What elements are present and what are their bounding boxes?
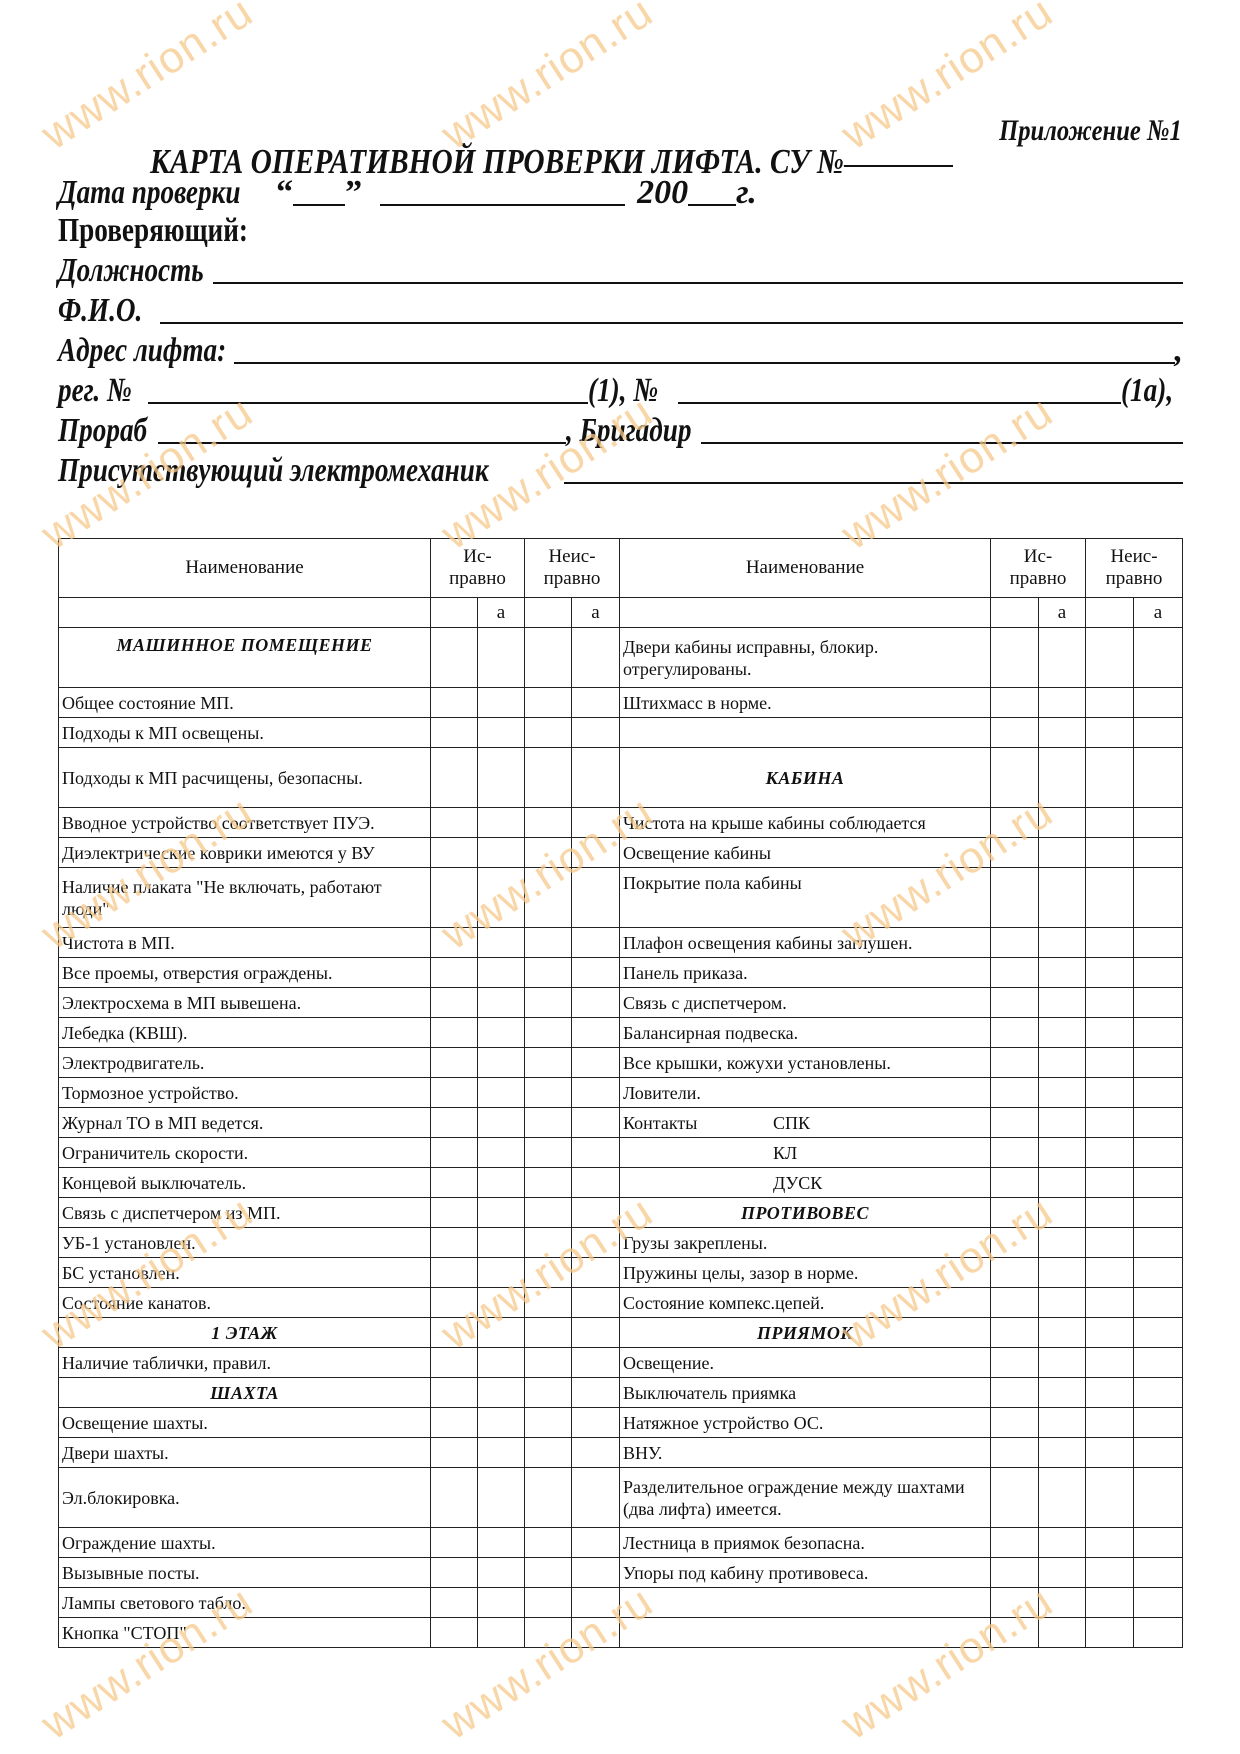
left-ok-check[interactable]: [431, 1588, 478, 1618]
right-ok-a-check[interactable]: [1039, 808, 1086, 838]
right-faulty-check[interactable]: [1086, 1348, 1134, 1378]
right-faulty-a-check[interactable]: [1134, 1168, 1183, 1198]
left-faulty-check[interactable]: [525, 1528, 572, 1558]
right-faulty-a-check[interactable]: [1134, 1408, 1183, 1438]
left-ok-check[interactable]: [431, 1228, 478, 1258]
right-faulty-check[interactable]: [1086, 1528, 1134, 1558]
right-faulty-check[interactable]: [1086, 1438, 1134, 1468]
right-ok-a-check[interactable]: [1039, 1378, 1086, 1408]
left-ok-check[interactable]: [431, 1318, 478, 1348]
left-faulty-check[interactable]: [525, 718, 572, 748]
left-faulty-check[interactable]: [525, 1078, 572, 1108]
right-faulty-check[interactable]: [1086, 1048, 1134, 1078]
left-item-name: Тормозное устройство.: [59, 1078, 431, 1108]
right-faulty-check[interactable]: [1086, 1078, 1134, 1108]
left-ok-a-check[interactable]: [478, 1618, 525, 1648]
table-header-row: Наименование Ис- правно Неис- правно Наи…: [59, 539, 1183, 598]
right-faulty-a-check[interactable]: [1134, 1528, 1183, 1558]
right-ok-check[interactable]: [991, 1288, 1039, 1318]
right-ok-check[interactable]: [991, 1048, 1039, 1078]
left-faulty-a-check[interactable]: [572, 1198, 620, 1228]
left-item-name: Вызывные посты.: [59, 1558, 431, 1588]
left-faulty-a-check[interactable]: [572, 868, 620, 928]
right-faulty-a-check[interactable]: [1134, 1108, 1183, 1138]
left-faulty-check[interactable]: [525, 958, 572, 988]
table-row: УБ-1 установлен.Грузы закреплены.: [59, 1228, 1183, 1258]
right-faulty-check[interactable]: [1086, 1468, 1134, 1528]
right-ok-check[interactable]: [991, 1258, 1039, 1288]
subheader-blank: [620, 598, 991, 628]
right-ok-check[interactable]: [991, 1168, 1039, 1198]
right-ok-a-check[interactable]: [1039, 868, 1086, 928]
right-faulty-check[interactable]: [1086, 1378, 1134, 1408]
right-ok-check[interactable]: [991, 1138, 1039, 1168]
left-ok-a-check[interactable]: [478, 1408, 525, 1438]
right-ok-a-check[interactable]: [1039, 1618, 1086, 1648]
left-ok-check[interactable]: [431, 1618, 478, 1648]
table-row: Подходы к МП расчищены, безопасны.КАБИНА: [59, 748, 1183, 808]
subheader-blank: [991, 598, 1039, 628]
right-faulty-a-check[interactable]: [1134, 1468, 1183, 1528]
right-faulty-a-check[interactable]: [1134, 1018, 1183, 1048]
right-ok-check[interactable]: [991, 868, 1039, 928]
left-ok-check[interactable]: [431, 1258, 478, 1288]
left-faulty-check[interactable]: [525, 1408, 572, 1438]
left-faulty-a-check[interactable]: [572, 1438, 620, 1468]
right-faulty-check[interactable]: [1086, 1408, 1134, 1438]
left-item-name: Подходы к МП освещены.: [59, 718, 431, 748]
right-ok-check[interactable]: [991, 1318, 1039, 1348]
left-faulty-check[interactable]: [525, 1228, 572, 1258]
watermark: www.rion.ru: [33, 0, 262, 160]
left-faulty-check[interactable]: [525, 748, 572, 808]
left-ok-check[interactable]: [431, 958, 478, 988]
address-line: Адрес лифта: ,: [58, 328, 1183, 370]
right-faulty-a-check[interactable]: [1134, 1588, 1183, 1618]
left-faulty-check[interactable]: [525, 1558, 572, 1588]
right-ok-check[interactable]: [991, 928, 1039, 958]
left-ok-a-check[interactable]: [478, 1528, 525, 1558]
left-faulty-a-check[interactable]: [572, 748, 620, 808]
left-faulty-a-check[interactable]: [572, 1108, 620, 1138]
right-ok-check[interactable]: [991, 1348, 1039, 1378]
right-faulty-a-check[interactable]: [1134, 1618, 1183, 1648]
table-row: БС установлен.Пружины целы, зазор в норм…: [59, 1258, 1183, 1288]
right-item-name: КонтактыСПК: [620, 1108, 991, 1138]
right-item-name: Натяжное устройство ОС.: [620, 1408, 991, 1438]
left-ok-a-check[interactable]: [478, 1198, 525, 1228]
right-faulty-a-check[interactable]: [1134, 1228, 1183, 1258]
right-faulty-check[interactable]: [1086, 1288, 1134, 1318]
left-faulty-a-check[interactable]: [572, 808, 620, 838]
left-ok-check[interactable]: [431, 628, 478, 688]
right-faulty-a-check[interactable]: [1134, 688, 1183, 718]
table-row: Концевой выключатель.ДУСК: [59, 1168, 1183, 1198]
right-ok-a-check[interactable]: [1039, 838, 1086, 868]
left-faulty-check[interactable]: [525, 1588, 572, 1618]
left-faulty-a-check[interactable]: [572, 928, 620, 958]
left-faulty-check[interactable]: [525, 628, 572, 688]
right-ok-a-check[interactable]: [1039, 1048, 1086, 1078]
right-faulty-check[interactable]: [1086, 958, 1134, 988]
left-ok-a-check[interactable]: [478, 1288, 525, 1318]
left-faulty-a-check[interactable]: [572, 1588, 620, 1618]
table-row: Подходы к МП освещены.: [59, 718, 1183, 748]
left-item-name: Вводное устройство соответствует ПУЭ.: [59, 808, 431, 838]
right-ok-check[interactable]: [991, 1468, 1039, 1528]
left-faulty-check[interactable]: [525, 688, 572, 718]
right-faulty-a-check[interactable]: [1134, 1438, 1183, 1468]
left-ok-a-check[interactable]: [478, 1468, 525, 1528]
right-ok-check[interactable]: [991, 1108, 1039, 1138]
contact-label: Контакты: [623, 1112, 773, 1134]
right-faulty-a-check[interactable]: [1134, 1048, 1183, 1078]
left-ok-check[interactable]: [431, 1558, 478, 1588]
right-ok-a-check[interactable]: [1039, 1438, 1086, 1468]
right-faulty-check[interactable]: [1086, 688, 1134, 718]
left-ok-check[interactable]: [431, 1048, 478, 1078]
left-faulty-check[interactable]: [525, 1468, 572, 1528]
right-ok-check[interactable]: [991, 1438, 1039, 1468]
left-faulty-check[interactable]: [525, 1348, 572, 1378]
left-ok-a-check[interactable]: [478, 1348, 525, 1378]
right-ok-a-check[interactable]: [1039, 1108, 1086, 1138]
left-section-heading: ШАХТА: [59, 1378, 431, 1408]
right-ok-check[interactable]: [991, 988, 1039, 1018]
right-ok-a-check[interactable]: [1039, 1258, 1086, 1288]
right-faulty-check[interactable]: [1086, 1318, 1134, 1348]
left-faulty-check[interactable]: [525, 1018, 572, 1048]
left-faulty-a-check[interactable]: [572, 1168, 620, 1198]
right-faulty-check[interactable]: [1086, 928, 1134, 958]
right-ok-check[interactable]: [991, 958, 1039, 988]
year-field[interactable]: [688, 204, 736, 206]
left-ok-check[interactable]: [431, 1108, 478, 1138]
left-ok-a-check[interactable]: [478, 1558, 525, 1588]
left-ok-a-check[interactable]: [478, 688, 525, 718]
left-faulty-a-check[interactable]: [572, 988, 620, 1018]
right-ok-check[interactable]: [991, 1378, 1039, 1408]
address-field[interactable]: [234, 362, 1175, 364]
left-item-name: Электродвигатель.: [59, 1048, 431, 1078]
left-faulty-a-check[interactable]: [572, 958, 620, 988]
right-faulty-a-check[interactable]: [1134, 838, 1183, 868]
left-ok-a-check[interactable]: [478, 1018, 525, 1048]
left-ok-check[interactable]: [431, 1378, 478, 1408]
electromechanic-label: Присутствующий электромеханик: [58, 452, 463, 490]
left-item-name: Диэлектрические коврики имеются у ВУ: [59, 838, 431, 868]
reg-mark-1: (1), №: [588, 372, 660, 410]
left-ok-check[interactable]: [431, 928, 478, 958]
right-ok-a-check[interactable]: [1039, 1078, 1086, 1108]
right-ok-a-check[interactable]: [1039, 1468, 1086, 1528]
left-ok-a-check[interactable]: [478, 748, 525, 808]
left-faulty-a-check[interactable]: [572, 838, 620, 868]
left-ok-check[interactable]: [431, 1348, 478, 1378]
left-ok-check[interactable]: [431, 688, 478, 718]
left-ok-a-check[interactable]: [478, 1438, 525, 1468]
year-prefix: 200: [637, 174, 688, 212]
right-faulty-check[interactable]: [1086, 1138, 1134, 1168]
right-ok-check[interactable]: [991, 808, 1039, 838]
left-ok-a-check[interactable]: [478, 988, 525, 1018]
right-faulty-check[interactable]: [1086, 1228, 1134, 1258]
left-ok-a-check[interactable]: [478, 1108, 525, 1138]
right-faulty-check[interactable]: [1086, 1018, 1134, 1048]
right-item-name: Покрытие пола кабины: [620, 868, 991, 928]
table-row: Наличие таблички, правил.Освещение.: [59, 1348, 1183, 1378]
left-ok-check[interactable]: [431, 1138, 478, 1168]
right-ok-check[interactable]: [991, 1528, 1039, 1558]
left-ok-check[interactable]: [431, 718, 478, 748]
left-ok-a-check[interactable]: [478, 1378, 525, 1408]
left-item-name: Связь с диспетчером из МП.: [59, 1198, 431, 1228]
position-field[interactable]: [213, 282, 1183, 284]
right-faulty-a-check[interactable]: [1134, 1348, 1183, 1378]
left-faulty-check[interactable]: [525, 988, 572, 1018]
right-item-name: ВНУ.: [620, 1438, 991, 1468]
right-ok-check[interactable]: [991, 688, 1039, 718]
left-faulty-a-check[interactable]: [572, 628, 620, 688]
right-ok-a-check[interactable]: [1039, 1288, 1086, 1318]
left-ok-a-check[interactable]: [478, 1588, 525, 1618]
right-faulty-check[interactable]: [1086, 1108, 1134, 1138]
foreman-field[interactable]: [158, 442, 566, 444]
left-ok-a-check[interactable]: [478, 1048, 525, 1078]
left-faulty-check[interactable]: [525, 1288, 572, 1318]
left-ok-check[interactable]: [431, 838, 478, 868]
right-faulty-check[interactable]: [1086, 1168, 1134, 1198]
left-ok-a-check[interactable]: [478, 1138, 525, 1168]
contact-type: КЛ: [773, 1143, 797, 1163]
quote-close: ”: [345, 174, 362, 212]
left-ok-check[interactable]: [431, 1528, 478, 1558]
fio-field[interactable]: [160, 322, 1183, 324]
left-ok-check[interactable]: [431, 1288, 478, 1318]
left-faulty-a-check[interactable]: [572, 1228, 620, 1258]
reg-number-field[interactable]: [148, 402, 588, 404]
right-ok-check[interactable]: [991, 1408, 1039, 1438]
left-ok-check[interactable]: [431, 808, 478, 838]
left-faulty-a-check[interactable]: [572, 1288, 620, 1318]
left-faulty-a-check[interactable]: [572, 1618, 620, 1648]
right-ok-a-check[interactable]: [1039, 1558, 1086, 1588]
left-ok-a-check[interactable]: [478, 808, 525, 838]
table-row: Состояние канатов.Состояние компекс.цепе…: [59, 1288, 1183, 1318]
right-ok-check[interactable]: [991, 1018, 1039, 1048]
right-faulty-check[interactable]: [1086, 1618, 1134, 1648]
left-ok-a-check[interactable]: [478, 1318, 525, 1348]
right-faulty-a-check[interactable]: [1134, 1078, 1183, 1108]
right-ok-check[interactable]: [991, 1228, 1039, 1258]
right-ok-a-check[interactable]: [1039, 1408, 1086, 1438]
right-faulty-check[interactable]: [1086, 1258, 1134, 1288]
right-ok-a-check[interactable]: [1039, 688, 1086, 718]
right-faulty-a-check[interactable]: [1134, 1378, 1183, 1408]
left-item-name: Эл.блокировка.: [59, 1468, 431, 1528]
left-ok-check[interactable]: [431, 748, 478, 808]
left-faulty-a-check[interactable]: [572, 1348, 620, 1378]
right-faulty-check[interactable]: [1086, 988, 1134, 1018]
right-section-heading: КАБИНА: [620, 748, 991, 808]
right-ok-a-check[interactable]: [1039, 1018, 1086, 1048]
right-ok-a-check[interactable]: [1039, 928, 1086, 958]
day-field[interactable]: [293, 204, 345, 206]
left-faulty-check[interactable]: [525, 1138, 572, 1168]
brigadier-field[interactable]: [701, 442, 1183, 444]
left-ok-check[interactable]: [431, 1468, 478, 1528]
left-faulty-check[interactable]: [525, 1198, 572, 1228]
left-faulty-check[interactable]: [525, 1378, 572, 1408]
right-ok-a-check[interactable]: [1039, 748, 1086, 808]
electromechanic-field[interactable]: [564, 482, 1183, 484]
table-row: Вводное устройство соответствует ПУЭ.Чис…: [59, 808, 1183, 838]
left-section-heading: МАШИННОЕ ПОМЕЩЕНИЕ: [59, 628, 431, 688]
left-faulty-check[interactable]: [525, 1438, 572, 1468]
left-ok-check[interactable]: [431, 988, 478, 1018]
left-ok-a-check[interactable]: [478, 1228, 525, 1258]
left-faulty-a-check[interactable]: [572, 1528, 620, 1558]
left-faulty-a-check[interactable]: [572, 1258, 620, 1288]
left-faulty-a-check[interactable]: [572, 1318, 620, 1348]
left-faulty-check[interactable]: [525, 1318, 572, 1348]
table-row: Электродвигатель.Все крышки, кожухи уста…: [59, 1048, 1183, 1078]
right-ok-a-check[interactable]: [1039, 1198, 1086, 1228]
left-ok-a-check[interactable]: [478, 868, 525, 928]
right-item-name: [620, 718, 991, 748]
right-faulty-check[interactable]: [1086, 1198, 1134, 1228]
left-ok-a-check[interactable]: [478, 718, 525, 748]
left-faulty-check[interactable]: [525, 838, 572, 868]
month-field[interactable]: [380, 204, 625, 206]
left-faulty-check[interactable]: [525, 808, 572, 838]
right-ok-a-check[interactable]: [1039, 1348, 1086, 1378]
right-ok-a-check[interactable]: [1039, 1168, 1086, 1198]
right-faulty-check[interactable]: [1086, 868, 1134, 928]
left-ok-a-check[interactable]: [478, 838, 525, 868]
fio-label: Ф.И.О.: [58, 292, 140, 330]
table-subheader-row: а а а а: [59, 598, 1183, 628]
right-ok-a-check[interactable]: [1039, 628, 1086, 688]
left-ok-check[interactable]: [431, 1018, 478, 1048]
header-name-left: Наименование: [59, 539, 431, 598]
left-ok-check[interactable]: [431, 1168, 478, 1198]
right-ok-check[interactable]: [991, 1078, 1039, 1108]
left-faulty-check[interactable]: [525, 1168, 572, 1198]
left-faulty-check[interactable]: [525, 1258, 572, 1288]
right-item-name: Балансирная подвеска.: [620, 1018, 991, 1048]
right-item-name: Двери кабины исправны, блокир. отрегулир…: [620, 628, 991, 688]
left-ok-check[interactable]: [431, 1438, 478, 1468]
left-ok-check[interactable]: [431, 1408, 478, 1438]
right-ok-check[interactable]: [991, 748, 1039, 808]
right-ok-a-check[interactable]: [1039, 958, 1086, 988]
left-faulty-a-check[interactable]: [572, 1408, 620, 1438]
right-faulty-a-check[interactable]: [1134, 868, 1183, 928]
left-ok-check[interactable]: [431, 1078, 478, 1108]
left-faulty-a-check[interactable]: [572, 1468, 620, 1528]
right-faulty-a-check[interactable]: [1134, 1138, 1183, 1168]
right-faulty-a-check[interactable]: [1134, 1318, 1183, 1348]
right-faulty-a-check[interactable]: [1134, 1288, 1183, 1318]
left-faulty-check[interactable]: [525, 928, 572, 958]
right-faulty-a-check[interactable]: [1134, 1258, 1183, 1288]
right-ok-check[interactable]: [991, 628, 1039, 688]
subheader-a: а: [1134, 598, 1183, 628]
right-faulty-a-check[interactable]: [1134, 748, 1183, 808]
foreman-line: Прораб , Бригадир: [58, 408, 1183, 450]
subheader-a: а: [478, 598, 525, 628]
right-faulty-a-check[interactable]: [1134, 1198, 1183, 1228]
right-faulty-a-check[interactable]: [1134, 718, 1183, 748]
right-faulty-a-check[interactable]: [1134, 1558, 1183, 1588]
left-faulty-a-check[interactable]: [572, 718, 620, 748]
left-ok-check[interactable]: [431, 1198, 478, 1228]
right-ok-check[interactable]: [991, 1588, 1039, 1618]
left-faulty-check[interactable]: [525, 1048, 572, 1078]
left-faulty-a-check[interactable]: [572, 1138, 620, 1168]
right-ok-a-check[interactable]: [1039, 1228, 1086, 1258]
right-faulty-a-check[interactable]: [1134, 958, 1183, 988]
left-faulty-a-check[interactable]: [572, 1558, 620, 1588]
right-faulty-check[interactable]: [1086, 718, 1134, 748]
left-item-name: Ограничитель скорости.: [59, 1138, 431, 1168]
left-faulty-check[interactable]: [525, 1108, 572, 1138]
left-ok-a-check[interactable]: [478, 1168, 525, 1198]
right-ok-a-check[interactable]: [1039, 1138, 1086, 1168]
right-ok-a-check[interactable]: [1039, 988, 1086, 1018]
left-faulty-check[interactable]: [525, 1618, 572, 1648]
right-faulty-a-check[interactable]: [1134, 808, 1183, 838]
right-ok-check[interactable]: [991, 1198, 1039, 1228]
left-faulty-a-check[interactable]: [572, 1048, 620, 1078]
right-faulty-check[interactable]: [1086, 808, 1134, 838]
right-ok-a-check[interactable]: [1039, 1588, 1086, 1618]
right-faulty-check[interactable]: [1086, 1558, 1134, 1588]
right-faulty-a-check[interactable]: [1134, 628, 1183, 688]
right-ok-check[interactable]: [991, 718, 1039, 748]
su-number-field[interactable]: [844, 165, 953, 167]
left-item-name: Наличие плаката "Не включать, работают л…: [59, 868, 431, 928]
left-faulty-a-check[interactable]: [572, 1078, 620, 1108]
right-ok-check[interactable]: [991, 1618, 1039, 1648]
right-faulty-check[interactable]: [1086, 628, 1134, 688]
right-ok-a-check[interactable]: [1039, 1528, 1086, 1558]
left-ok-a-check[interactable]: [478, 928, 525, 958]
right-faulty-check[interactable]: [1086, 1588, 1134, 1618]
left-faulty-a-check[interactable]: [572, 688, 620, 718]
right-faulty-a-check[interactable]: [1134, 928, 1183, 958]
left-ok-a-check[interactable]: [478, 628, 525, 688]
right-ok-check[interactable]: [991, 838, 1039, 868]
left-ok-a-check[interactable]: [478, 1078, 525, 1108]
right-ok-check[interactable]: [991, 1558, 1039, 1588]
right-ok-a-check[interactable]: [1039, 718, 1086, 748]
left-ok-a-check[interactable]: [478, 958, 525, 988]
left-faulty-a-check[interactable]: [572, 1378, 620, 1408]
left-faulty-check[interactable]: [525, 868, 572, 928]
right-ok-a-check[interactable]: [1039, 1318, 1086, 1348]
right-faulty-a-check[interactable]: [1134, 988, 1183, 1018]
left-faulty-a-check[interactable]: [572, 1018, 620, 1048]
left-ok-check[interactable]: [431, 868, 478, 928]
right-faulty-check[interactable]: [1086, 748, 1134, 808]
right-item-name: Освещение кабины: [620, 838, 991, 868]
reg-number-2-field[interactable]: [678, 402, 1121, 404]
right-faulty-check[interactable]: [1086, 838, 1134, 868]
contact-type: ДУСК: [773, 1173, 822, 1193]
left-ok-a-check[interactable]: [478, 1258, 525, 1288]
